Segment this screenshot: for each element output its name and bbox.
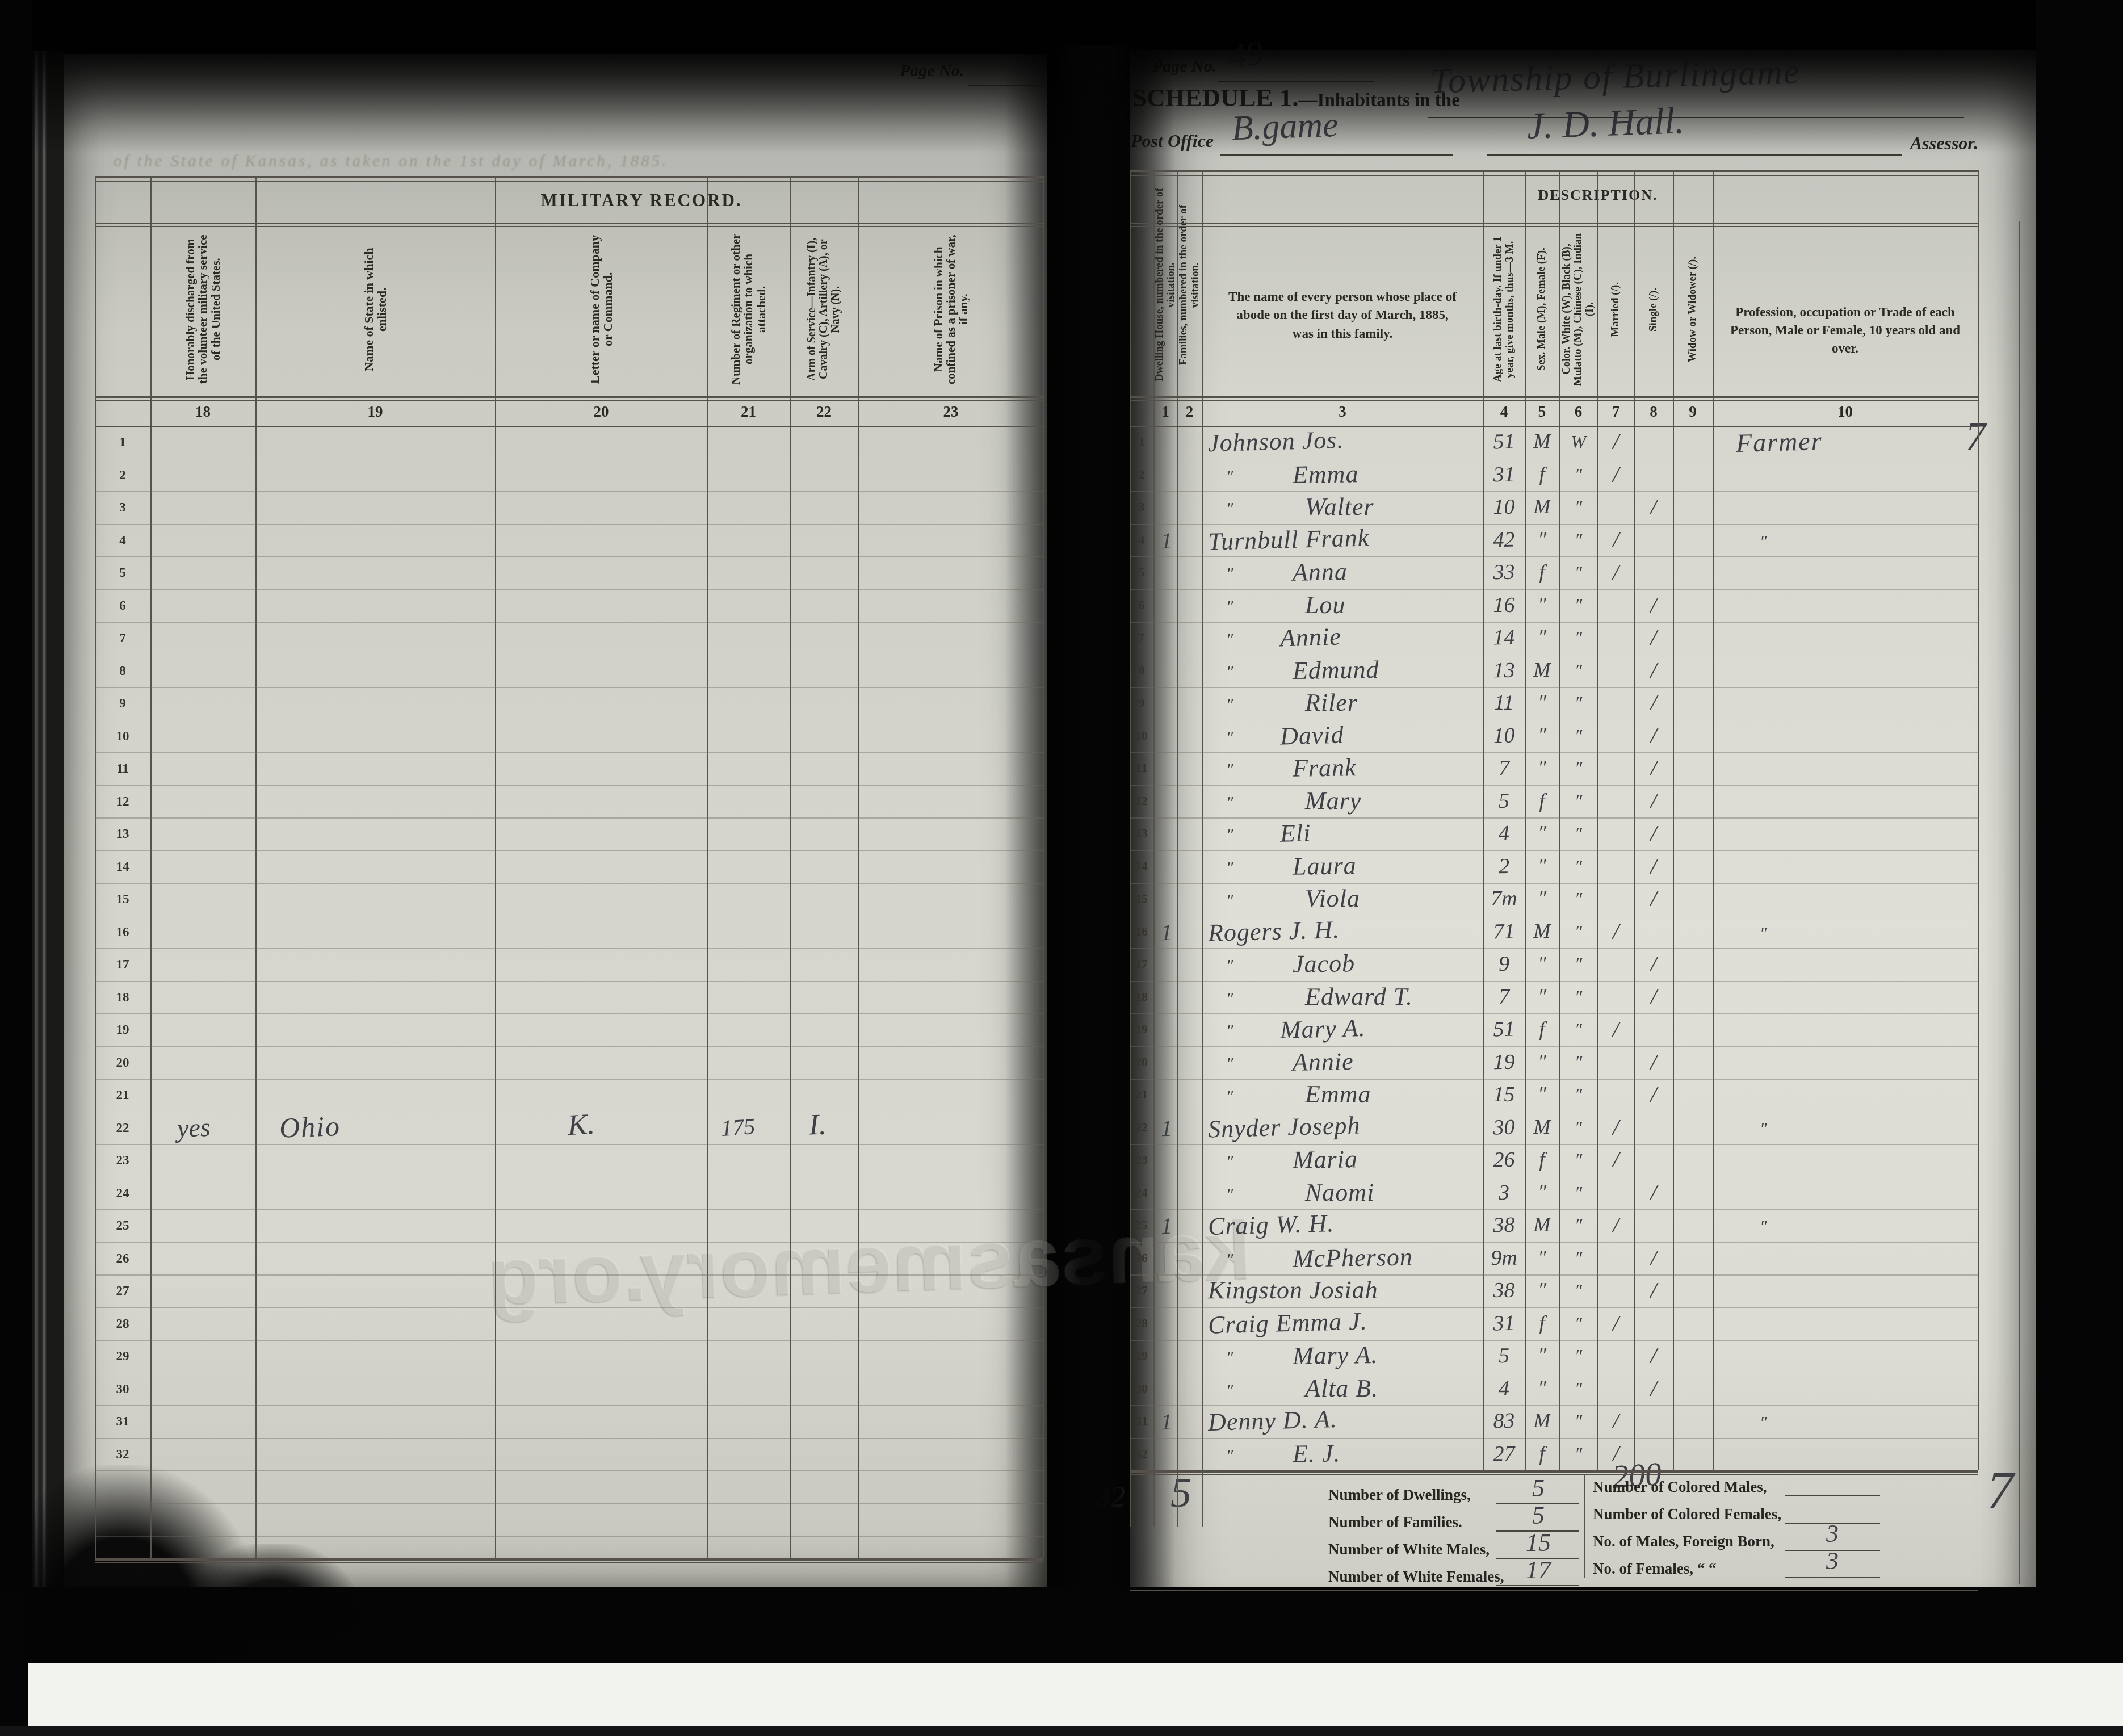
cell-age: 16: [1483, 592, 1525, 617]
name-column-header: The name of every person whose place of …: [1224, 266, 1461, 365]
cell-color: ″: [1559, 1150, 1597, 1171]
military-company: K.: [567, 1107, 595, 1142]
table-rule-vertical: [1673, 170, 1674, 1470]
military-column-header: Number of Regiment or other organization…: [711, 230, 786, 388]
summary-label: Number of Families.: [1328, 1513, 1462, 1531]
cell-sex: f: [1525, 1147, 1559, 1171]
right-row-number: 13: [1130, 827, 1153, 841]
table-rule-vertical: [1525, 170, 1526, 1470]
right-row-number: 24: [1130, 1186, 1153, 1200]
right-row-number: 30: [1130, 1382, 1153, 1396]
row-line: [95, 1340, 1043, 1341]
cell-sex: ″: [1525, 1343, 1559, 1367]
schedule-column-number: 6: [1559, 397, 1597, 426]
cell-name: Viola: [1305, 884, 1360, 913]
cell-color: ″: [1559, 1248, 1597, 1269]
cell-age: 38: [1483, 1212, 1525, 1238]
military-regiment: 175: [720, 1112, 756, 1141]
cell-name: Riler: [1305, 688, 1358, 717]
table-rule-vertical: [1130, 1470, 1131, 1527]
left-row-number: 17: [95, 957, 150, 972]
right-row-number: 29: [1130, 1349, 1153, 1363]
right-row-number: 7: [1130, 631, 1153, 645]
cell-name: Edward T.: [1305, 982, 1413, 1010]
cell-name: Snyder Joseph: [1207, 1110, 1361, 1143]
row-line: [95, 817, 1043, 819]
summary-divider: [1584, 1475, 1585, 1578]
row-line: [95, 622, 1043, 623]
left-row-number: 5: [95, 565, 150, 580]
schedule-column-header: Widow or Widower (/).: [1675, 230, 1711, 388]
cell-single-mark: /: [1634, 689, 1673, 716]
row-line: [1130, 491, 1978, 492]
cell-age: 42: [1483, 527, 1525, 553]
row-line: [95, 459, 1043, 460]
cell-age: 9: [1483, 951, 1525, 976]
table-rule-vertical: [1597, 170, 1598, 1470]
row-line: [1130, 589, 1978, 590]
row-line: [1130, 1079, 1978, 1080]
cell-sex: M: [1525, 919, 1559, 943]
cell-color: ″: [1559, 1411, 1597, 1432]
margin-number-bottom: 7: [1987, 1459, 2014, 1521]
cell-color: ″: [1559, 1378, 1597, 1399]
military-column-header: Arm of Service—Infantry (I), Cavalry (C)…: [793, 230, 855, 388]
military-column-number: 21: [707, 397, 790, 426]
schedule-column-number: 8: [1634, 397, 1673, 426]
row-line: [1130, 883, 1978, 884]
cell-sex: ″: [1525, 1376, 1559, 1400]
cell-name-ditto: ″: [1226, 989, 1233, 1008]
left-row-number: 18: [95, 990, 150, 1005]
cell-name-ditto: ″: [1226, 793, 1233, 812]
schedule-column-header: Color. White (W), Black (B), Mulatto (M)…: [1561, 230, 1596, 388]
row-line: [95, 1177, 1043, 1178]
right-row-number: 20: [1130, 1055, 1153, 1070]
right-row-number: 23: [1130, 1153, 1153, 1167]
cell-name-ditto: ″: [1226, 1348, 1233, 1367]
summary-line: [1785, 1495, 1880, 1496]
cell-name: Walter: [1305, 492, 1374, 521]
right-row-number: 6: [1130, 598, 1153, 613]
summary-line: [1785, 1577, 1880, 1578]
right-row-number: 2: [1130, 468, 1153, 482]
table-rule-vertical: [790, 176, 791, 1558]
cell-name-ditto: ″: [1226, 630, 1233, 649]
row-line: [95, 752, 1043, 753]
cell-color: ″: [1559, 660, 1597, 681]
row-line: [1130, 752, 1978, 753]
cell-color: ″: [1559, 726, 1597, 747]
right-row-number: 18: [1130, 990, 1153, 1004]
cell-name: Emma: [1305, 1080, 1371, 1109]
table-rule: [95, 223, 1043, 224]
cell-age: 31: [1483, 1310, 1525, 1336]
row-line: [1130, 948, 1978, 949]
schedule-column-header: Single (/).: [1636, 230, 1671, 388]
row-line: [95, 589, 1043, 590]
right-row-number: 4: [1130, 533, 1153, 547]
cell-name: Jacob: [1293, 949, 1356, 979]
cell-age: 4: [1483, 1376, 1525, 1400]
cell-age: 51: [1483, 1016, 1525, 1042]
table-rule: [95, 426, 1043, 427]
left-row-number: 7: [95, 631, 150, 645]
cell-name-ditto: ″: [1226, 728, 1233, 747]
left-row-number: 2: [95, 468, 150, 483]
right-row-number: 5: [1130, 565, 1153, 580]
cell-name: Mary A.: [1279, 1013, 1366, 1045]
row-line: [95, 1405, 1043, 1406]
cell-name-ditto: ″: [1226, 467, 1233, 486]
row-line: [95, 1144, 1043, 1145]
cell-name: Kingston Josiah: [1208, 1276, 1378, 1305]
cell-color: ″: [1559, 1313, 1597, 1334]
schedule-column-number: 7: [1597, 397, 1634, 426]
cell-name-ditto: ″: [1226, 1087, 1233, 1106]
cell-dwelling-number: 1: [1155, 1213, 1177, 1240]
right-page-no-label: Page No.: [1152, 57, 1216, 76]
row-line: [95, 524, 1043, 525]
right-row-number: 12: [1130, 794, 1153, 808]
schedule-column-header: Sex. Male (M), Female (F).: [1526, 230, 1558, 388]
cell-sex: ″: [1525, 527, 1559, 551]
right-row-number: 26: [1130, 1251, 1153, 1265]
cell-name-ditto: ″: [1226, 1250, 1233, 1269]
right-row-number: 3: [1130, 500, 1153, 514]
cell-name: Naomi: [1305, 1177, 1374, 1206]
cell-single-mark: /: [1634, 885, 1673, 912]
cell-age: 7m: [1483, 886, 1525, 911]
cell-single-mark: /: [1634, 787, 1673, 814]
cell-name: McPherson: [1293, 1242, 1413, 1273]
cell-single-mark: /: [1634, 754, 1673, 781]
row-line: [1130, 622, 1978, 623]
table-rule: [1130, 226, 1978, 227]
scanner-bed-edge: [0, 1726, 2123, 1736]
cell-sex: ″: [1525, 854, 1559, 878]
table-rule-vertical: [1130, 170, 1131, 1470]
left-row-number: 27: [95, 1284, 150, 1298]
cell-color: ″: [1559, 627, 1597, 648]
row-line: [95, 1438, 1043, 1439]
cell-name-ditto: ″: [1226, 564, 1233, 584]
row-line: [95, 1373, 1043, 1374]
row-line: [1130, 1307, 1978, 1309]
post-office-label: Post Office: [1131, 131, 1214, 152]
cell-age: 13: [1483, 657, 1525, 683]
right-row-number: 28: [1130, 1316, 1153, 1331]
table-rule-vertical: [255, 176, 257, 1558]
row-line: [95, 1536, 1043, 1537]
summary-value: 15: [1499, 1528, 1578, 1557]
cell-sex: M: [1525, 658, 1559, 682]
right-row-number: 10: [1130, 729, 1153, 743]
left-row-number: 8: [95, 664, 150, 678]
cell-name-ditto: ″: [1226, 1152, 1233, 1171]
row-line: [1130, 556, 1978, 557]
row-line: [95, 720, 1043, 721]
right-row-number: 8: [1130, 664, 1153, 678]
cell-age: 7: [1483, 755, 1525, 781]
cell-married-mark: /: [1597, 1211, 1634, 1238]
summary-value: 5: [1499, 1501, 1578, 1530]
summary-families-total: 5: [1170, 1469, 1191, 1517]
cell-age: 5: [1483, 1343, 1525, 1368]
scan-right-margin: [2036, 0, 2123, 1736]
military-column-header: Letter or name of Company or Command.: [498, 230, 704, 388]
schedule-column-header: Dwelling House, numbered in the order of…: [1155, 182, 1176, 388]
cell-name-ditto: ″: [1226, 891, 1233, 910]
right-row-number: 25: [1130, 1218, 1153, 1232]
cell-name: Lou: [1305, 590, 1346, 619]
table-rule: [1130, 175, 1978, 176]
row-line: [1130, 1144, 1978, 1145]
assessor-signature: J. D. Hall.: [1526, 99, 1685, 148]
cell-color: ″: [1559, 1215, 1597, 1236]
township-underline: [1428, 117, 1964, 118]
cell-sex: ″: [1525, 690, 1559, 714]
row-line: [1130, 916, 1978, 917]
cell-age: 31: [1483, 462, 1525, 487]
row-line: [1130, 1112, 1978, 1113]
cell-name: Craig Emma J.: [1207, 1306, 1367, 1339]
cell-name-ditto: ″: [1226, 499, 1233, 518]
left-row-number: 1: [95, 435, 150, 450]
cell-name: Maria: [1293, 1144, 1358, 1175]
cell-color: ″: [1559, 1345, 1597, 1366]
row-line: [95, 1013, 1043, 1014]
cell-age: 26: [1483, 1147, 1525, 1172]
military-column-header: Honorably discharged from the volunteer …: [154, 230, 252, 388]
military-column-number: 19: [255, 397, 495, 426]
right-row-number: 19: [1130, 1022, 1153, 1037]
summary-persons-total: 32: [1096, 1481, 1125, 1514]
cell-color: ″: [1559, 497, 1597, 518]
post-office-underline: [1220, 154, 1453, 156]
cell-name-ditto: ″: [1226, 597, 1233, 617]
row-line: [95, 687, 1043, 688]
right-row-number: 15: [1130, 892, 1153, 906]
cell-single-mark: /: [1634, 983, 1673, 1010]
left-row-number: 16: [95, 925, 150, 940]
cell-single-mark: /: [1634, 1342, 1673, 1369]
row-line: [95, 1503, 1043, 1504]
cell-sex: M: [1525, 494, 1559, 518]
table-rule-vertical: [150, 176, 152, 1558]
cell-age: 10: [1483, 494, 1525, 519]
cell-color: ″: [1559, 856, 1597, 877]
cell-married-mark: /: [1597, 559, 1634, 585]
right-row-number: 22: [1130, 1121, 1153, 1135]
military-column-header: Name of State in which enlisted.: [259, 230, 492, 388]
schedule-column-number: 2: [1177, 397, 1202, 426]
row-line: [95, 655, 1043, 656]
table-rule: [1130, 170, 1978, 172]
cell-single-mark: /: [1634, 657, 1673, 684]
row-line: [95, 981, 1043, 982]
cell-name: Craig W. H.: [1207, 1209, 1334, 1241]
left-row-number: 6: [95, 598, 150, 613]
row-line: [1130, 1373, 1978, 1374]
summary-value: 5: [1499, 1474, 1578, 1503]
table-rule-vertical: [495, 176, 496, 1558]
cell-age: 27: [1483, 1441, 1525, 1466]
cell-sex: ″: [1525, 821, 1559, 845]
summary-label: Number of Dwellings,: [1328, 1486, 1471, 1504]
left-row-number: 29: [95, 1349, 150, 1364]
cell-single-mark: /: [1634, 1277, 1673, 1303]
table-rule-vertical: [1202, 1470, 1203, 1527]
table-rule-vertical: [1483, 170, 1484, 1470]
cell-name-ditto: ″: [1226, 956, 1233, 975]
census-scan: Page No. of the State of Kansas, as take…: [0, 0, 2123, 1736]
summary-label: Number of White Females,: [1328, 1568, 1504, 1586]
cell-name: Rogers J. H.: [1207, 915, 1340, 947]
right-row-number: 1: [1130, 435, 1153, 449]
cell-age: 14: [1483, 624, 1525, 651]
cell-color: W: [1559, 431, 1597, 452]
right-row-number: 11: [1130, 761, 1153, 775]
military-column-number: 20: [495, 397, 707, 426]
cell-color: ″: [1559, 1183, 1597, 1204]
cell-age: 83: [1483, 1408, 1525, 1434]
cell-married-mark: /: [1597, 461, 1634, 488]
schedule-column-number: 10: [1713, 397, 1978, 426]
left-row-number: 10: [95, 729, 150, 744]
right-row-number: 17: [1130, 957, 1153, 971]
left-page-no-label: Page No.: [900, 61, 964, 81]
row-line: [95, 1079, 1043, 1080]
cell-married-mark: /: [1597, 1146, 1634, 1173]
row-line: [1130, 1177, 1978, 1178]
cell-age: 10: [1483, 723, 1525, 749]
cell-single-mark: /: [1634, 1081, 1673, 1108]
military-column-number: 23: [858, 397, 1043, 426]
cell-single-mark: /: [1634, 1375, 1673, 1402]
cell-age: 38: [1483, 1278, 1525, 1303]
cell-name-ditto: ″: [1226, 695, 1233, 714]
page-no-underline: [1218, 81, 1374, 82]
cell-name: Denny D. A.: [1207, 1404, 1337, 1437]
cell-sex: ″: [1525, 756, 1559, 779]
table-rule: [95, 226, 1043, 227]
cell-name: Eli: [1279, 818, 1311, 848]
cell-color: ″: [1559, 562, 1597, 583]
cell-occupation-ditto: ″: [1760, 1413, 1767, 1432]
cell-age: 30: [1483, 1114, 1525, 1140]
scanner-bed-strip: [28, 1663, 2123, 1726]
cell-age: 51: [1483, 429, 1525, 455]
cell-name: E. J.: [1293, 1439, 1341, 1468]
table-rule: [1130, 223, 1978, 224]
cell-sex: ″: [1525, 1180, 1559, 1204]
cell-age: 4: [1483, 820, 1525, 846]
left-row-number: 9: [95, 696, 150, 711]
schedule-column-number: 1: [1153, 397, 1177, 426]
left-row-number: 24: [95, 1186, 150, 1201]
cell-color: ″: [1559, 758, 1597, 779]
cell-color: ″: [1559, 1280, 1597, 1301]
cell-name: Mary: [1305, 786, 1361, 815]
cell-sex: f: [1525, 462, 1559, 486]
row-line: [1130, 1405, 1978, 1406]
cell-name: Mary A.: [1293, 1340, 1378, 1370]
row-line: [95, 1209, 1043, 1210]
left-row-number: 21: [95, 1088, 150, 1102]
left-row-number: 31: [95, 1414, 150, 1429]
table-rule-vertical: [858, 176, 859, 1558]
row-line: [1130, 1209, 1978, 1210]
row-line: [1130, 981, 1978, 982]
left-row-number: 11: [95, 761, 150, 776]
left-row-number: 15: [95, 892, 150, 907]
cell-sex: ″: [1525, 1082, 1559, 1106]
summary-value: 3: [1788, 1519, 1877, 1548]
left-row-number: 26: [95, 1251, 150, 1266]
left-row-number: 28: [95, 1316, 150, 1331]
cell-name-ditto: ″: [1226, 662, 1233, 682]
schedule-column-number: 4: [1483, 397, 1525, 426]
cell-name: Annie: [1279, 622, 1341, 653]
summary-label: Number of Colored Females,: [1593, 1506, 1781, 1523]
row-line: [95, 916, 1043, 917]
table-rule: [1130, 1470, 1978, 1473]
table-rule: [95, 1558, 1043, 1561]
military-discharged: yes: [177, 1112, 211, 1143]
left-row-number: 14: [95, 859, 150, 874]
cell-sex: M: [1525, 1213, 1559, 1236]
cell-name: Frank: [1293, 753, 1357, 783]
military-column-number: 18: [150, 397, 255, 426]
row-line: [95, 1274, 1043, 1276]
cell-name: Emma: [1293, 459, 1359, 489]
table-rule-vertical: [2019, 221, 2020, 1584]
cell-age: 19: [1483, 1049, 1525, 1075]
cell-dwelling-number: 1: [1155, 1114, 1177, 1142]
cell-married-mark: /: [1597, 526, 1634, 553]
cell-sex: ″: [1525, 723, 1559, 747]
cell-sex: M: [1525, 1115, 1559, 1139]
military-arm: I.: [808, 1108, 826, 1142]
table-rule-vertical: [1978, 170, 1979, 1470]
bleedthrough-text: of the State of Kansas, as taken on the …: [114, 152, 823, 171]
right-row-number: 27: [1130, 1284, 1153, 1298]
schedule-column-header: Families, numbered in the order of visit…: [1179, 182, 1200, 388]
row-line: [1130, 850, 1978, 852]
cell-color: ″: [1559, 791, 1597, 812]
summary-line: [1496, 1585, 1579, 1586]
cell-single-mark: /: [1634, 820, 1673, 846]
cell-color: ″: [1559, 693, 1597, 714]
cell-color: ″: [1559, 823, 1597, 844]
cell-name-ditto: ″: [1226, 1054, 1233, 1074]
cell-name: David: [1279, 720, 1344, 750]
cell-sex: ″: [1525, 593, 1559, 617]
left-page-no-line: [968, 85, 1043, 86]
cell-single-mark: /: [1634, 950, 1673, 977]
cell-name: Edmund: [1293, 655, 1379, 685]
cell-single-mark: /: [1634, 722, 1673, 749]
cell-name: Johnson Jos.: [1207, 425, 1344, 458]
post-office-value: B.game: [1231, 105, 1339, 149]
cell-name-ditto: ″: [1226, 1381, 1233, 1400]
cell-name: Alta B.: [1305, 1373, 1378, 1402]
cell-age: 11: [1483, 690, 1525, 715]
occupation-column-header: Profession, occupation or Trade of each …: [1727, 291, 1963, 370]
cell-age: 7: [1483, 984, 1525, 1009]
scan-left-margin: [0, 0, 32, 1736]
